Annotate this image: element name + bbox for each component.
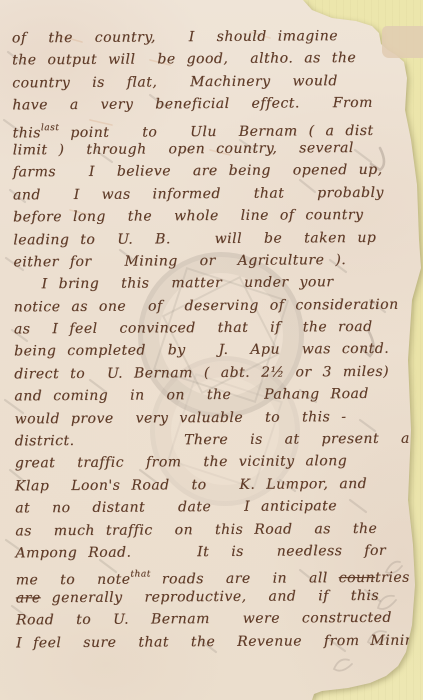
manuscript-line: I bring this matter under your bbox=[14, 271, 414, 296]
manuscript-line: either for Mining or Agriculture ). bbox=[13, 249, 413, 274]
manuscript-line: Ampong Road. It is needless for bbox=[15, 540, 415, 565]
manuscript-line: being completed by J. Apu was contd. bbox=[14, 338, 414, 363]
manuscript-line: district. There is at present a bbox=[15, 428, 415, 453]
manuscript-line: me to notethat roads are in all countrie… bbox=[16, 562, 416, 587]
manuscript-line: Road to U. Bernam were constructed bbox=[16, 607, 416, 632]
manuscript-line: country is flat, Machinery would bbox=[12, 69, 412, 94]
manuscript-line: and I was informed that probably bbox=[13, 181, 413, 206]
manuscript-scan: { "page": { "title": "Handwritten manusc… bbox=[0, 0, 423, 700]
manuscript-line: are generally reproductive, and if this bbox=[16, 584, 416, 609]
manuscript-line: limit ) through open country, several bbox=[13, 137, 413, 162]
manuscript-line: I feel sure that the Revenue from Mining… bbox=[16, 629, 416, 654]
manuscript-line: notice as one of deserving of considerat… bbox=[14, 293, 414, 318]
manuscript-line: the output will be good, altho. as the bbox=[12, 47, 412, 72]
manuscript-line: great traffic from the vicinity along bbox=[15, 450, 415, 475]
manuscript-line: as much traffic on this Road as the bbox=[15, 517, 415, 542]
manuscript-text: of the country, I should imaginethe outp… bbox=[12, 25, 416, 655]
manuscript-line: as I feel convinced that if the road bbox=[14, 316, 414, 341]
manuscript-line: at no distant date I anticipate bbox=[15, 495, 415, 520]
manuscript-line: direct to U. Bernam ( abt. 2½ or 3 miles… bbox=[14, 360, 414, 385]
manuscript-line: and coming in on the Pahang Road bbox=[14, 383, 414, 408]
letter-paper-wrap: of the country, I should imaginethe outp… bbox=[0, 0, 423, 700]
manuscript-line: thislast point to Ulu Bernam ( a dist bbox=[12, 114, 412, 139]
letter-paper: of the country, I should imaginethe outp… bbox=[0, 0, 423, 700]
manuscript-line: Klap Loon's Road to K. Lumpor, and bbox=[15, 472, 415, 497]
manuscript-line: farms I believe are being opened up, bbox=[13, 159, 413, 184]
manuscript-line: before long the whole line of country bbox=[13, 204, 413, 229]
manuscript-line: of the country, I should imagine bbox=[12, 25, 412, 50]
manuscript-line: have a very beneficial effect. From bbox=[12, 92, 412, 117]
mount-tape-patch bbox=[382, 26, 423, 58]
manuscript-line: leading to U. B. will be taken up bbox=[13, 226, 413, 251]
manuscript-line: would prove very valuable to this - bbox=[14, 405, 414, 430]
